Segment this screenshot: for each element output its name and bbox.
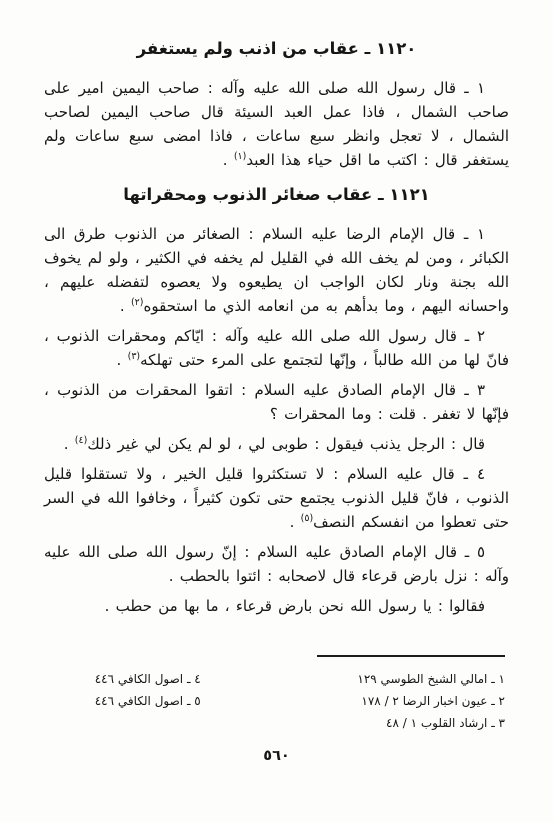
hadith-paragraph-1121-1: ١ ـ قال الإمام الرضا عليه السلام : الصغا…	[44, 222, 509, 318]
paragraph-tail: .	[120, 297, 131, 315]
paragraph-text: ٣ ـ قال الإمام الصادق عليه السلام : اتقو…	[44, 381, 509, 423]
footnote-marker-5: (٥)	[301, 513, 314, 524]
footnote-3: ٣ ـ ارشاد القلوب ١ / ٤٨	[293, 712, 505, 734]
footnote-separator-rule	[317, 655, 505, 657]
paragraph-tail: .	[223, 151, 234, 169]
footnote-marker-3: (٣)	[128, 351, 141, 362]
hadith-paragraph-1121-3: ٣ ـ قال الإمام الصادق عليه السلام : اتقو…	[44, 378, 509, 426]
paragraph-text: ٢ ـ قال رسول الله صلى الله عليه وآله : ا…	[44, 327, 509, 369]
paragraph-text: ١ ـ قال الإمام الرضا عليه السلام : الصغا…	[44, 225, 509, 315]
footnotes-right-column: ١ ـ امالي الشيخ الطوسي ١٢٩ ٢ ـ عيون اخبا…	[293, 668, 505, 734]
section-heading-1120: ١١٢٠ ـ عقاب من اذنب ولم يستغفر	[44, 36, 509, 62]
page-body-text: ١١٢٠ ـ عقاب من اذنب ولم يستغفر ١ ـ قال ر…	[44, 36, 509, 624]
footnote-5: ٥ ـ اصول الكافي ٤٤٦	[44, 690, 201, 712]
footnote-marker-2: (٢)	[131, 297, 144, 308]
page-number: ٥٦٠	[0, 748, 553, 764]
footnotes-block: ١ ـ امالي الشيخ الطوسي ١٢٩ ٢ ـ عيون اخبا…	[44, 668, 505, 734]
paragraph-tail: .	[64, 435, 75, 453]
paragraph-text: ٥ ـ قال الإمام الصادق عليه السلام : إنّ …	[44, 543, 509, 585]
footnote-marker-1: (١)	[234, 151, 247, 162]
footnote-4: ٤ ـ اصول الكافي ٤٤٦	[44, 668, 201, 690]
footnote-marker-4: (٤)	[75, 435, 88, 446]
paragraph-tail: .	[117, 351, 128, 369]
hadith-paragraph-1120-1: ١ ـ قال رسول الله صلى الله عليه وآله : ص…	[44, 76, 509, 172]
paragraph-text: ٤ ـ قال عليه السلام : لا تستكثروا قليل ا…	[44, 465, 509, 531]
footnotes-left-column: ٤ ـ اصول الكافي ٤٤٦ ٥ ـ اصول الكافي ٤٤٦	[44, 668, 201, 734]
hadith-paragraph-1121-4: ٤ ـ قال عليه السلام : لا تستكثروا قليل ا…	[44, 462, 509, 534]
footnote-2: ٢ ـ عيون اخبار الرضا ٢ / ١٧٨	[293, 690, 505, 712]
paragraph-tail: .	[290, 513, 301, 531]
paragraph-text: قال : الرجل يذنب فيقول : طوبى لي ، لو لم…	[87, 435, 485, 453]
section-heading-1121: ١١٢١ ـ عقاب صغائر الذنوب ومحقراتها	[44, 182, 509, 208]
paragraph-text: فقالوا : يا رسول الله نحن بارض قرعاء ، م…	[105, 597, 485, 615]
footnote-1: ١ ـ امالي الشيخ الطوسي ١٢٩	[293, 668, 505, 690]
hadith-paragraph-1121-5: ٥ ـ قال الإمام الصادق عليه السلام : إنّ …	[44, 540, 509, 588]
paragraph-text: ١ ـ قال رسول الله صلى الله عليه وآله : ص…	[44, 79, 509, 169]
book-page: ١١٢٠ ـ عقاب من اذنب ولم يستغفر ١ ـ قال ر…	[0, 0, 553, 822]
hadith-paragraph-1121-3-answer: قال : الرجل يذنب فيقول : طوبى لي ، لو لم…	[44, 432, 509, 456]
hadith-paragraph-1121-2: ٢ ـ قال رسول الله صلى الله عليه وآله : ا…	[44, 324, 509, 372]
hadith-paragraph-1121-5-reply: فقالوا : يا رسول الله نحن بارض قرعاء ، م…	[44, 594, 509, 618]
